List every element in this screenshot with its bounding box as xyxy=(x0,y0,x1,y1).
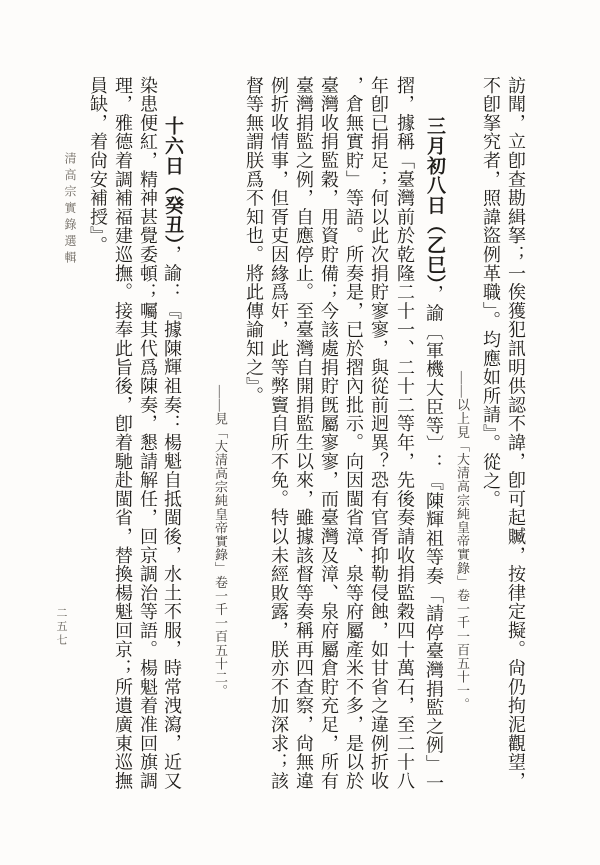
text-column: 訪聞，立卽查勘緝拏；一俟獲犯訊明供認不諱，卽可起贓，按律定擬。尙仍拘泥觀望， xyxy=(503,76,528,790)
text-column: 摺，據稱「臺灣前於乾隆二十一、二十二等年，先後奏請收捐監穀四十萬石，至二十八 xyxy=(392,76,417,790)
entry-text: ，諭：『據陳輝祖奏：楊魁自抵閩後，水土不服，時常洩瀉，近又 xyxy=(162,245,182,790)
text-column: 員缺，着尙安補授』。 xyxy=(85,76,110,255)
text-column: ，倉無實貯」等語。所奏是，已於摺內批示。向因閩省漳、泉等府屬產米不多，是以於 xyxy=(341,76,366,790)
text-column: 三月初八日（乙巳），諭〔軍機大臣等〕：『陳輝祖等奏「請停臺灣捐監之例」一 xyxy=(422,76,447,792)
entry-text: ，諭〔軍機大臣等〕：『陳輝祖等奏「請停臺灣捐監之例」一 xyxy=(424,285,444,793)
text-column: 理，雅德着調補福建巡撫。接奉此旨後，卽着馳赴閩省，替換楊魁回京；所遺廣東巡撫 xyxy=(110,76,135,790)
text-column: 督等無謂朕爲不知也。將此傳諭知之』。 xyxy=(241,76,266,405)
text-column: 染患便紅，精神甚覺委頓；囑其代爲陳奏，懇請解任，回京調治等語。楊魁着准回旗調 xyxy=(135,76,160,790)
source-citation: ——以上見「大清高宗純皇帝實錄」卷一千一百五十一。 xyxy=(453,371,471,711)
running-title: 清高宗實錄選輯 xyxy=(61,152,79,268)
page-number: 二五七 xyxy=(53,607,69,648)
text-column: 臺灣捐監之例，自應停止。至臺灣自開捐監生以來，雖據該督等奏稱再四查察，尙無違 xyxy=(291,76,316,790)
text-column: 十六日（癸丑），諭：『據陳輝祖奏：楊魁自抵閩後，水土不服，時常洩瀉，近又 xyxy=(160,76,185,790)
text-column: 不卽拏究者，照諱盜例革職」。均應如所請』。從之。 xyxy=(478,76,503,509)
source-citation: ——見「大清高宗純皇帝實錄」卷一千一百五十二。 xyxy=(211,385,229,698)
text-column: 臺灣收捐監穀，用資貯備；今該處捐貯旣屬寥寥，而臺灣及漳、泉府屬倉貯充足，所有 xyxy=(316,76,341,790)
text-column: 例折收情事，但胥吏因緣爲奸，此等弊竇自所不免。特以未經敗露，朕亦不加深求；該 xyxy=(266,76,291,790)
text-column: 年卽已捐足；何以此次捐貯寥寥，與從前迥異？恐有官胥抑勒侵蝕，如甘省之違例折收 xyxy=(366,76,391,790)
scanned-book-page: 訪聞，立卽查勘緝拏；一俟獲犯訊明供認不諱，卽可起贓，按律定擬。尙仍拘泥觀望， 不… xyxy=(0,0,600,865)
entry-date: 十六日（癸丑） xyxy=(162,116,183,245)
entry-date: 三月初八日（乙巳） xyxy=(424,116,445,285)
